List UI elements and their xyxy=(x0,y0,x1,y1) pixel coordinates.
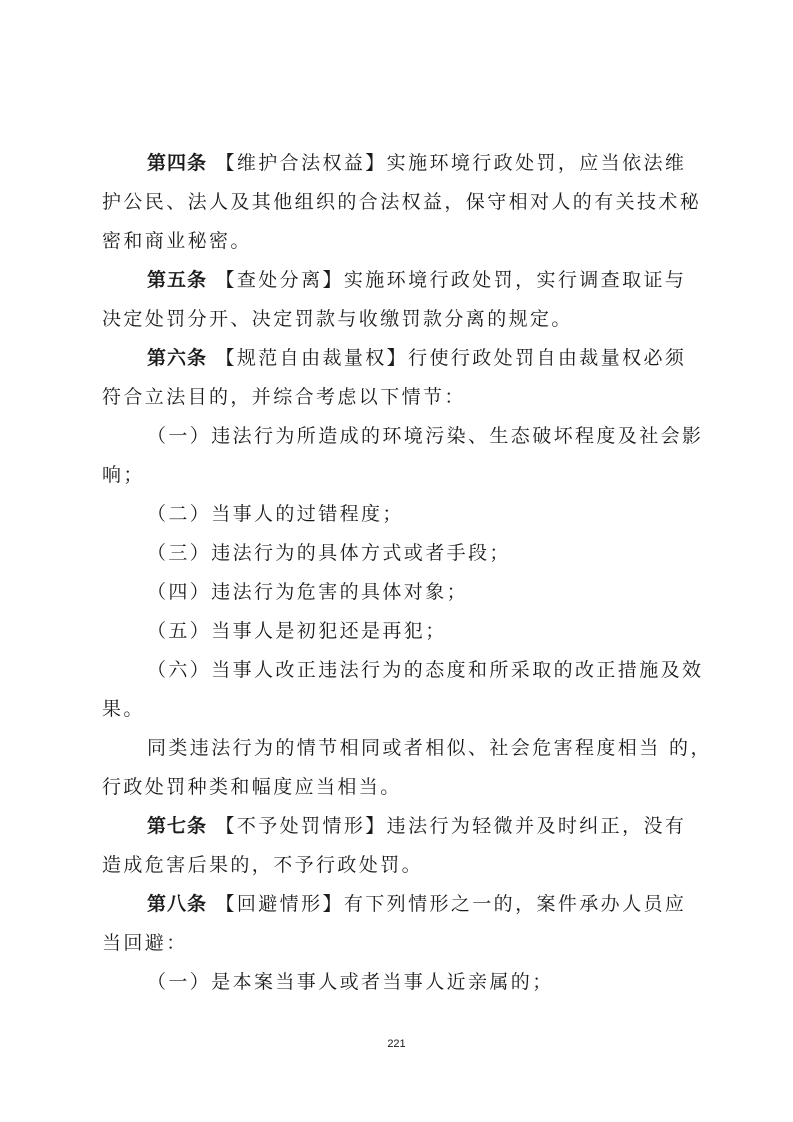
list-item: 响； xyxy=(102,463,145,487)
article-text: 符合立法目的，并综合考虑以下情节： xyxy=(102,385,466,409)
list-item: （六）当事人改正违法行为的态度和所采取的改正措施及效 xyxy=(147,658,703,682)
article-heading: 第七条 xyxy=(147,815,207,837)
article-text: 实施环境行政处罚，实行调查取证与 xyxy=(344,269,686,291)
list-item: 果。 xyxy=(102,697,145,721)
list-item: （三）违法行为的具体方式或者手段； xyxy=(147,541,511,565)
article-text: 造成危害后果的，不予行政处罚。 xyxy=(102,853,423,877)
article-heading: 第五条 xyxy=(147,269,207,291)
page-number: 221 xyxy=(0,1038,793,1050)
article-7-line-1: 第七条 【不予处罚情形】违法行为轻微并及时纠正，没有 xyxy=(147,814,686,838)
article-heading: 第四条 xyxy=(147,152,207,174)
article-text: 实施环境行政处罚，应当依法维 xyxy=(387,152,687,174)
article-text: 当回避： xyxy=(102,931,188,955)
article-title: 【查处分离】 xyxy=(215,269,343,291)
article-text: 决定处罚分开、决定罚款与收缴罚款分离的规定。 xyxy=(102,307,573,331)
article-text: 同类违法行为的情节相同或者相似、社会危害程度相当 的， xyxy=(147,736,712,760)
article-title: 【不予处罚情形】 xyxy=(215,815,386,837)
article-title: 【规范自由裁量权】 xyxy=(215,347,408,369)
article-text: 护公民、法人及其他组织的合法权益，保守相对人的有关技术秘 xyxy=(102,190,701,214)
article-title: 【维护合法权益】 xyxy=(215,152,386,174)
list-item: （二）当事人的过错程度； xyxy=(147,502,404,526)
article-text: 行使行政处罚自由裁量权必须 xyxy=(408,347,686,369)
article-text: 密和商业秘密。 xyxy=(102,229,252,253)
list-item: （五）当事人是初犯还是再犯； xyxy=(147,619,447,643)
list-item: （一）违法行为所造成的环境污染、生态破坏程度及社会影 xyxy=(147,424,703,448)
article-text: 违法行为轻微并及时纠正，没有 xyxy=(387,815,687,837)
article-text: 行政处罚种类和幅度应当相当。 xyxy=(102,775,402,799)
article-5-line-1: 第五条 【查处分离】实施环境行政处罚，实行调查取证与 xyxy=(147,268,686,292)
article-heading: 第八条 xyxy=(147,893,207,915)
list-item: （一）是本案当事人或者当事人近亲属的； xyxy=(147,970,554,994)
list-item: （四）违法行为危害的具体对象； xyxy=(147,580,468,604)
article-title: 【回避情形】 xyxy=(215,893,343,915)
article-4-line-1: 第四条 【维护合法权益】实施环境行政处罚，应当依法维 xyxy=(147,151,686,175)
article-text: 有下列情形之一的，案件承办人员应 xyxy=(344,893,686,915)
article-6-line-1: 第六条 【规范自由裁量权】行使行政处罚自由裁量权必须 xyxy=(147,346,686,370)
article-heading: 第六条 xyxy=(147,347,207,369)
article-8-line-1: 第八条 【回避情形】有下列情形之一的，案件承办人员应 xyxy=(147,892,686,916)
